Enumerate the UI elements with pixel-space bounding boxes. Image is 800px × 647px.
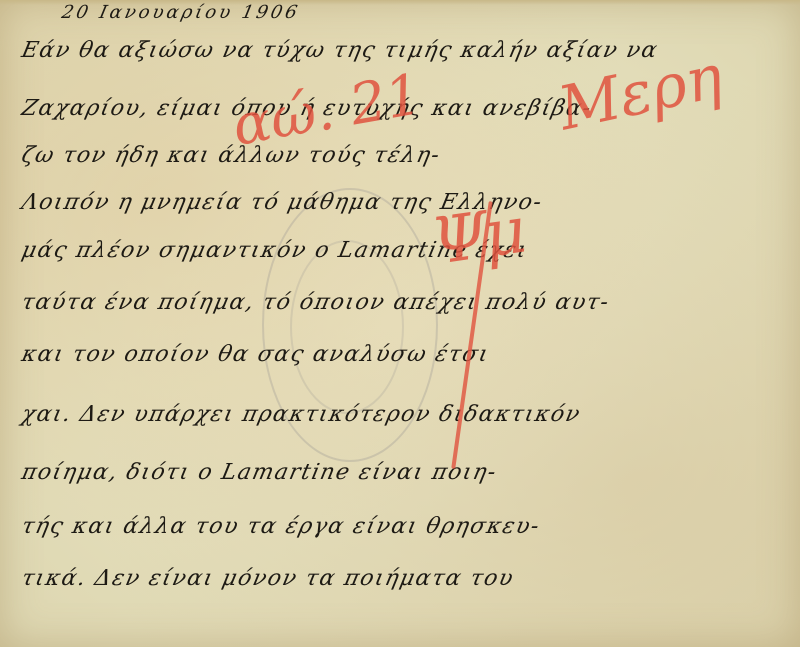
text-line-1: Εάν θα αξιώσω να τύχω της τιμής καλήν αξ… [19, 38, 660, 63]
oval-stamp-inner [290, 240, 404, 414]
text-line-10: τής και άλλα του τα έργα είναι θρησκευ- [19, 514, 542, 539]
text-line-8: χαι. Δεν υπάρχει πρακτικότερον διδακτικό… [19, 402, 583, 427]
text-line-11: τικά. Δεν είναι μόνον τα ποιήματα του [19, 566, 516, 591]
text-line-3: ζω τον ήδη και άλλων τούς τέλη- [19, 143, 443, 168]
text-line-9: ποίημα, διότι ο Lamartine είναι ποιη- [19, 460, 499, 485]
date-line: 20 Ιανουαρίου 1906 [60, 2, 302, 23]
text-line-6: ταύτα ένα ποίημα, τό όποιον απέχει πολύ … [19, 290, 612, 315]
red-annotation-3: Ψμ [427, 194, 526, 280]
document-page: 20 Ιανουαρίου 1906 Εάν θα αξιώσω να τύχω… [0, 0, 800, 647]
text-line-7: και τον οποίον θα σας αναλύσω έτσι [19, 342, 491, 367]
